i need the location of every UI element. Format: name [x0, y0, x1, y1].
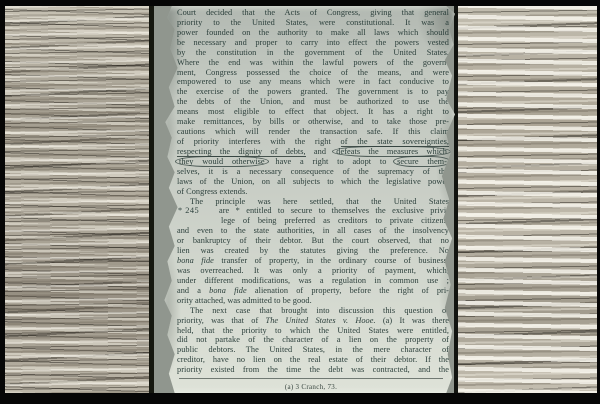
text-line: lien was created by the statutes giving … [177, 246, 449, 256]
text-line: by the constitution in the government of… [177, 48, 449, 58]
text-segment: priority, was that of [177, 316, 266, 325]
text-line: The principle was here settled, that the… [177, 197, 449, 207]
text-segment: creditor, have no lien on the real estat… [177, 355, 449, 364]
text-segment: public debtors. The United States, in th… [177, 345, 449, 354]
text-line: laws of the Union, on all subjects to wh… [177, 177, 449, 187]
text-line: of Congress extends. [177, 187, 449, 197]
stack-shadow-seam-left [149, 6, 154, 393]
text-segment: The principle was here settled, that the… [190, 197, 449, 206]
text-line: creditor, have no lien on the real estat… [177, 355, 449, 365]
text-line: was overreached. It was only a priority … [177, 266, 449, 276]
text-segment: means most eligible to effect that objec… [177, 107, 449, 116]
text-segment: by the constitution in the government of… [177, 48, 449, 57]
text-segment: empowered to use any means which were in… [177, 77, 449, 86]
text-segment: held, that the priority to which the Uni… [177, 326, 449, 335]
text-segment: the debts of the Union, and must be auth… [177, 97, 449, 106]
text-segment: have a right to adopt to [267, 157, 395, 166]
text-line: ment, Congress possessed the choice of t… [177, 68, 449, 78]
book-page: Court decided that the Acts of Congress,… [163, 6, 455, 393]
text-segment: make remittances, by bills or otherwise,… [177, 117, 449, 126]
text-line: the exercise of the powers granted. The … [177, 87, 449, 97]
text-line: cautions which will render the transacti… [177, 127, 449, 137]
text-line: ority attached, was admitted to be good. [177, 296, 449, 306]
text-segment: are * entitled to secure to themselves t… [219, 206, 449, 215]
text-segment: was overreached. It was only a priority … [177, 266, 449, 275]
photo-frame: Court decided that the Acts of Congress,… [0, 0, 600, 404]
text-segment: priority existed from the time the debt … [177, 365, 449, 374]
text-line: lege of being preferred as creditors to … [177, 216, 449, 226]
footnote: (a) 3 Cranch, 73. [175, 383, 447, 391]
text-line: be necessary and proper to carry into ef… [177, 38, 449, 48]
text-line: * 245are * entitled to secure to themsel… [177, 206, 449, 216]
footnote-area: (a) 3 Cranch, 73. [175, 378, 447, 391]
pencil-circle-annotation: secure them- [393, 156, 451, 167]
text-segment: and even to the state authorities, in al… [177, 226, 449, 235]
text-segment: selves, it is a necessary consequence of… [177, 167, 449, 176]
italic-text: The United States v. Hooe. [266, 316, 376, 325]
paper-stack-left [5, 6, 149, 393]
text-line: the debts of the Union, and must be auth… [177, 97, 449, 107]
text-line: means most eligible to effect that objec… [177, 107, 449, 117]
text-line: they would otherwise have a right to ado… [177, 157, 449, 167]
text-line: and a bona fide alienation of property, … [177, 286, 449, 296]
text-line: priority, was that of The United States … [177, 316, 449, 326]
text-segment: priority to the United States, were cons… [177, 18, 449, 27]
text-line: Where the end was within the lawful powe… [177, 58, 449, 68]
paper-stack-right [458, 6, 597, 393]
text-line: priority to the United States, were cons… [177, 18, 449, 28]
text-segment: power founded on the authority to make a… [177, 28, 449, 37]
text-segment: under different modifications, was a reg… [177, 276, 449, 285]
text-line: priority existed from the time the debt … [177, 365, 449, 375]
stack-shadow-seam-right [454, 6, 458, 393]
text-line: and even to the state authorities, in al… [177, 226, 449, 236]
text-segment: transfer of property, in the ordinary co… [214, 256, 449, 265]
text-line: under different modifications, was a reg… [177, 276, 449, 286]
text-segment: (a) It was there [376, 316, 449, 325]
text-line: held, that the priority to which the Uni… [177, 326, 449, 336]
text-segment: the exercise of the powers granted. The … [177, 87, 449, 96]
footnote-rule [179, 378, 443, 379]
text-segment: lege of being preferred as creditors to … [221, 216, 449, 225]
text-line: or bankruptcy of their debtor. But the c… [177, 236, 449, 246]
text-line: make remittances, by bills or otherwise,… [177, 117, 449, 127]
italic-text: bona fide [177, 256, 214, 265]
text-segment: Court decided that the Acts of Congress,… [177, 8, 449, 17]
text-segment: of Congress extends. [177, 187, 247, 196]
text-line: public debtors. The United States, in th… [177, 345, 449, 355]
text-segment: alienation of property, before the right… [247, 286, 449, 295]
italic-text: bona fide [209, 286, 247, 295]
text-line: bona fide transfer of property, in the o… [177, 256, 449, 266]
pencil-circle-annotation: they would otherwise [175, 156, 269, 167]
text-segment: lien was created by the statutes giving … [177, 246, 449, 255]
text-line: selves, it is a necessary consequence of… [177, 167, 449, 177]
text-segment: laws of the Union, on all subjects to wh… [177, 177, 449, 186]
text-segment: be necessary and proper to carry into ef… [177, 38, 449, 47]
text-line: power founded on the authority to make a… [177, 28, 449, 38]
text-segment: cautions which will render the transacti… [177, 127, 449, 136]
text-line: empowered to use any means which were in… [177, 77, 449, 87]
text-segment: The next case that brought into discussi… [190, 306, 449, 315]
text-segment: did not partake of the character of a li… [177, 335, 449, 344]
text-segment: of priority interferes with the right [177, 137, 341, 146]
margin-page-number: * 245 [178, 206, 199, 216]
text-segment: and [306, 147, 335, 156]
photograph: Court decided that the Acts of Congress,… [5, 6, 597, 393]
text-line: The next case that brought into discussi… [177, 306, 449, 316]
text-segment: or bankruptcy of their debtor. But the c… [177, 236, 449, 245]
text-segment: ment, Congress possessed the choice of t… [177, 68, 449, 77]
text-line: Court decided that the Acts of Congress,… [177, 8, 449, 18]
text-segment: and a [177, 286, 209, 295]
page-text: Court decided that the Acts of Congress,… [177, 8, 449, 375]
text-segment: Where the end was within the lawful powe… [177, 58, 449, 67]
text-line: did not partake of the character of a li… [177, 335, 449, 345]
text-segment: ority attached, was admitted to be good. [177, 296, 312, 305]
